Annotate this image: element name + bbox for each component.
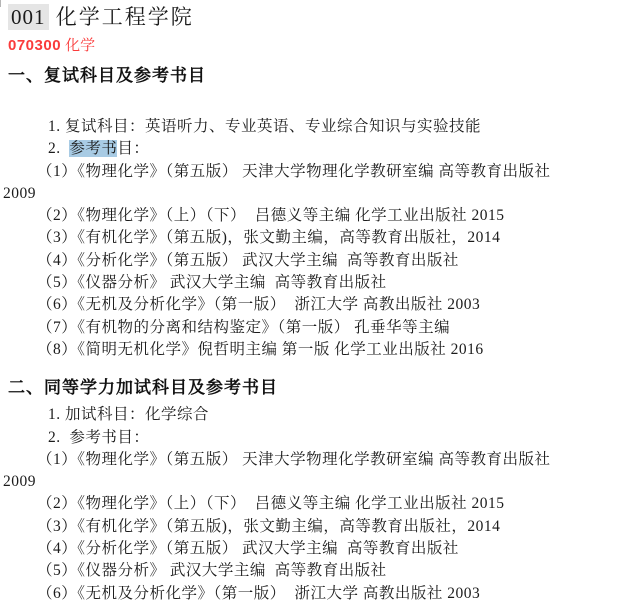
book-entry: （7）《有机物的分离和结构鉴定》（第一版） 孔垂华等主编 — [3, 317, 609, 339]
book-entry: （1）《物理化学》（第五版） 天津大学物理化学教研室编 高等教育出版社2009 — [3, 161, 609, 206]
retest-subjects-line: 1. 复试科目：英语听力、专业英语、专业综合知识与实验技能 — [3, 116, 609, 138]
book-entry: （6）《无机及分析化学》（第一版） 浙江大学 高教出版社 2003 — [3, 583, 609, 605]
ref-label-prefix: 2. — [48, 140, 69, 157]
book-text: （6）《无机及分析化学》（第一版） 浙江大学 高教出版社 2003 — [3, 294, 609, 316]
major-code: 070300 — [8, 37, 61, 54]
book-text: （3）《有机化学》（第五版)，张文勤主编，高等教育出版社，2014 — [3, 516, 609, 538]
section-retest-heading: 一、复试科目及参考书目 — [8, 65, 609, 87]
book-continuation: 2009 — [3, 183, 609, 205]
book-entry: （3）《有机化学》（第五版)，张文勤主编，高等教育出版社，2014 — [3, 227, 609, 249]
book-text: （4）《分析化学》（第五版） 武汉大学主编 高等教育出版社 — [3, 538, 609, 560]
ref-label-highlighted: 参考书 — [69, 140, 117, 157]
corner-artifact — [0, 0, 1, 7]
document-page: 001 化学工程学院 070300化学 一、复试科目及参考书目 1. 复试科目：… — [0, 0, 617, 609]
book-entry: （2）《物理化学》（上）（下） 吕德义等主编 化学工业出版社 2015 — [3, 205, 609, 227]
book-text: （5）《仪器分析》 武汉大学主编 高等教育出版社 — [3, 560, 609, 582]
addtest-subjects-line: 1. 加试科目：化学综合 — [3, 404, 609, 426]
book-text: （1）《物理化学》（第五版） 天津大学物理化学教研室编 高等教育出版社 — [3, 449, 609, 471]
book-entry: （3）《有机化学》（第五版)，张文勤主编，高等教育出版社，2014 — [3, 516, 609, 538]
retest-ref-label-line: 2. 参考书目： — [3, 138, 609, 160]
book-entry: （1）《物理化学》（第五版） 天津大学物理化学教研室编 高等教育出版社2009 — [3, 449, 609, 494]
book-text: （1）《物理化学》（第五版） 天津大学物理化学教研室编 高等教育出版社 — [3, 161, 609, 183]
book-entry: （5）《仪器分析》 武汉大学主编 高等教育出版社 — [3, 272, 609, 294]
book-text: （2）《物理化学》（上）（下） 吕德义等主编 化学工业出版社 2015 — [3, 205, 609, 227]
book-entry: （4）《分析化学》（第五版） 武汉大学主编 高等教育出版社 — [3, 538, 609, 560]
book-entry: （2）《物理化学》（上）（下） 吕德义等主编 化学工业出版社 2015 — [3, 493, 609, 515]
retest-book-list: （1）《物理化学》（第五版） 天津大学物理化学教研室编 高等教育出版社2009 … — [3, 161, 609, 362]
book-continuation: 2009 — [3, 471, 609, 493]
book-text: （6）《无机及分析化学》（第一版） 浙江大学 高教出版社 2003 — [3, 583, 609, 605]
book-text: （5）《仪器分析》 武汉大学主编 高等教育出版社 — [3, 272, 609, 294]
book-entry: （5）《仪器分析》 武汉大学主编 高等教育出版社 — [3, 560, 609, 582]
addtest-book-list: （1）《物理化学》（第五版） 天津大学物理化学教研室编 高等教育出版社2009 … — [3, 449, 609, 605]
book-entry: （4）《分析化学》（第五版） 武汉大学主编 高等教育出版社 — [3, 250, 609, 272]
addtest-ref-label-line: 2. 参考书目： — [3, 427, 609, 449]
major-name: 化学 — [65, 38, 95, 54]
dept-name: 化学工程学院 — [56, 5, 194, 29]
page-title: 001 化学工程学院 — [8, 3, 609, 31]
book-text: （2）《物理化学》（上）（下） 吕德义等主编 化学工业出版社 2015 — [3, 493, 609, 515]
dept-code-highlight: 001 — [8, 4, 49, 30]
major-line: 070300化学 — [8, 36, 609, 56]
book-entry: （8）《简明无机化学》倪哲明主编 第一版 化学工业出版社 2016 — [3, 339, 609, 361]
ref-label-suffix: 目： — [117, 140, 149, 157]
section-addtest: 二、同等学力加试科目及参考书目 1. 加试科目：化学综合 2. 参考书目： （1… — [3, 377, 609, 605]
book-text: （7）《有机物的分离和结构鉴定》（第一版） 孔垂华等主编 — [3, 317, 609, 339]
section-retest: 一、复试科目及参考书目 1. 复试科目：英语听力、专业英语、专业综合知识与实验技… — [3, 65, 609, 361]
ref-label-prefix: 2. 参考书目： — [48, 429, 149, 446]
book-text: （3）《有机化学》（第五版)，张文勤主编，高等教育出版社，2014 — [3, 227, 609, 249]
book-text: （8）《简明无机化学》倪哲明主编 第一版 化学工业出版社 2016 — [3, 339, 609, 361]
section-addtest-heading: 二、同等学力加试科目及参考书目 — [8, 377, 609, 399]
book-entry: （6）《无机及分析化学》（第一版） 浙江大学 高教出版社 2003 — [3, 294, 609, 316]
book-text: （4）《分析化学》（第五版） 武汉大学主编 高等教育出版社 — [3, 250, 609, 272]
